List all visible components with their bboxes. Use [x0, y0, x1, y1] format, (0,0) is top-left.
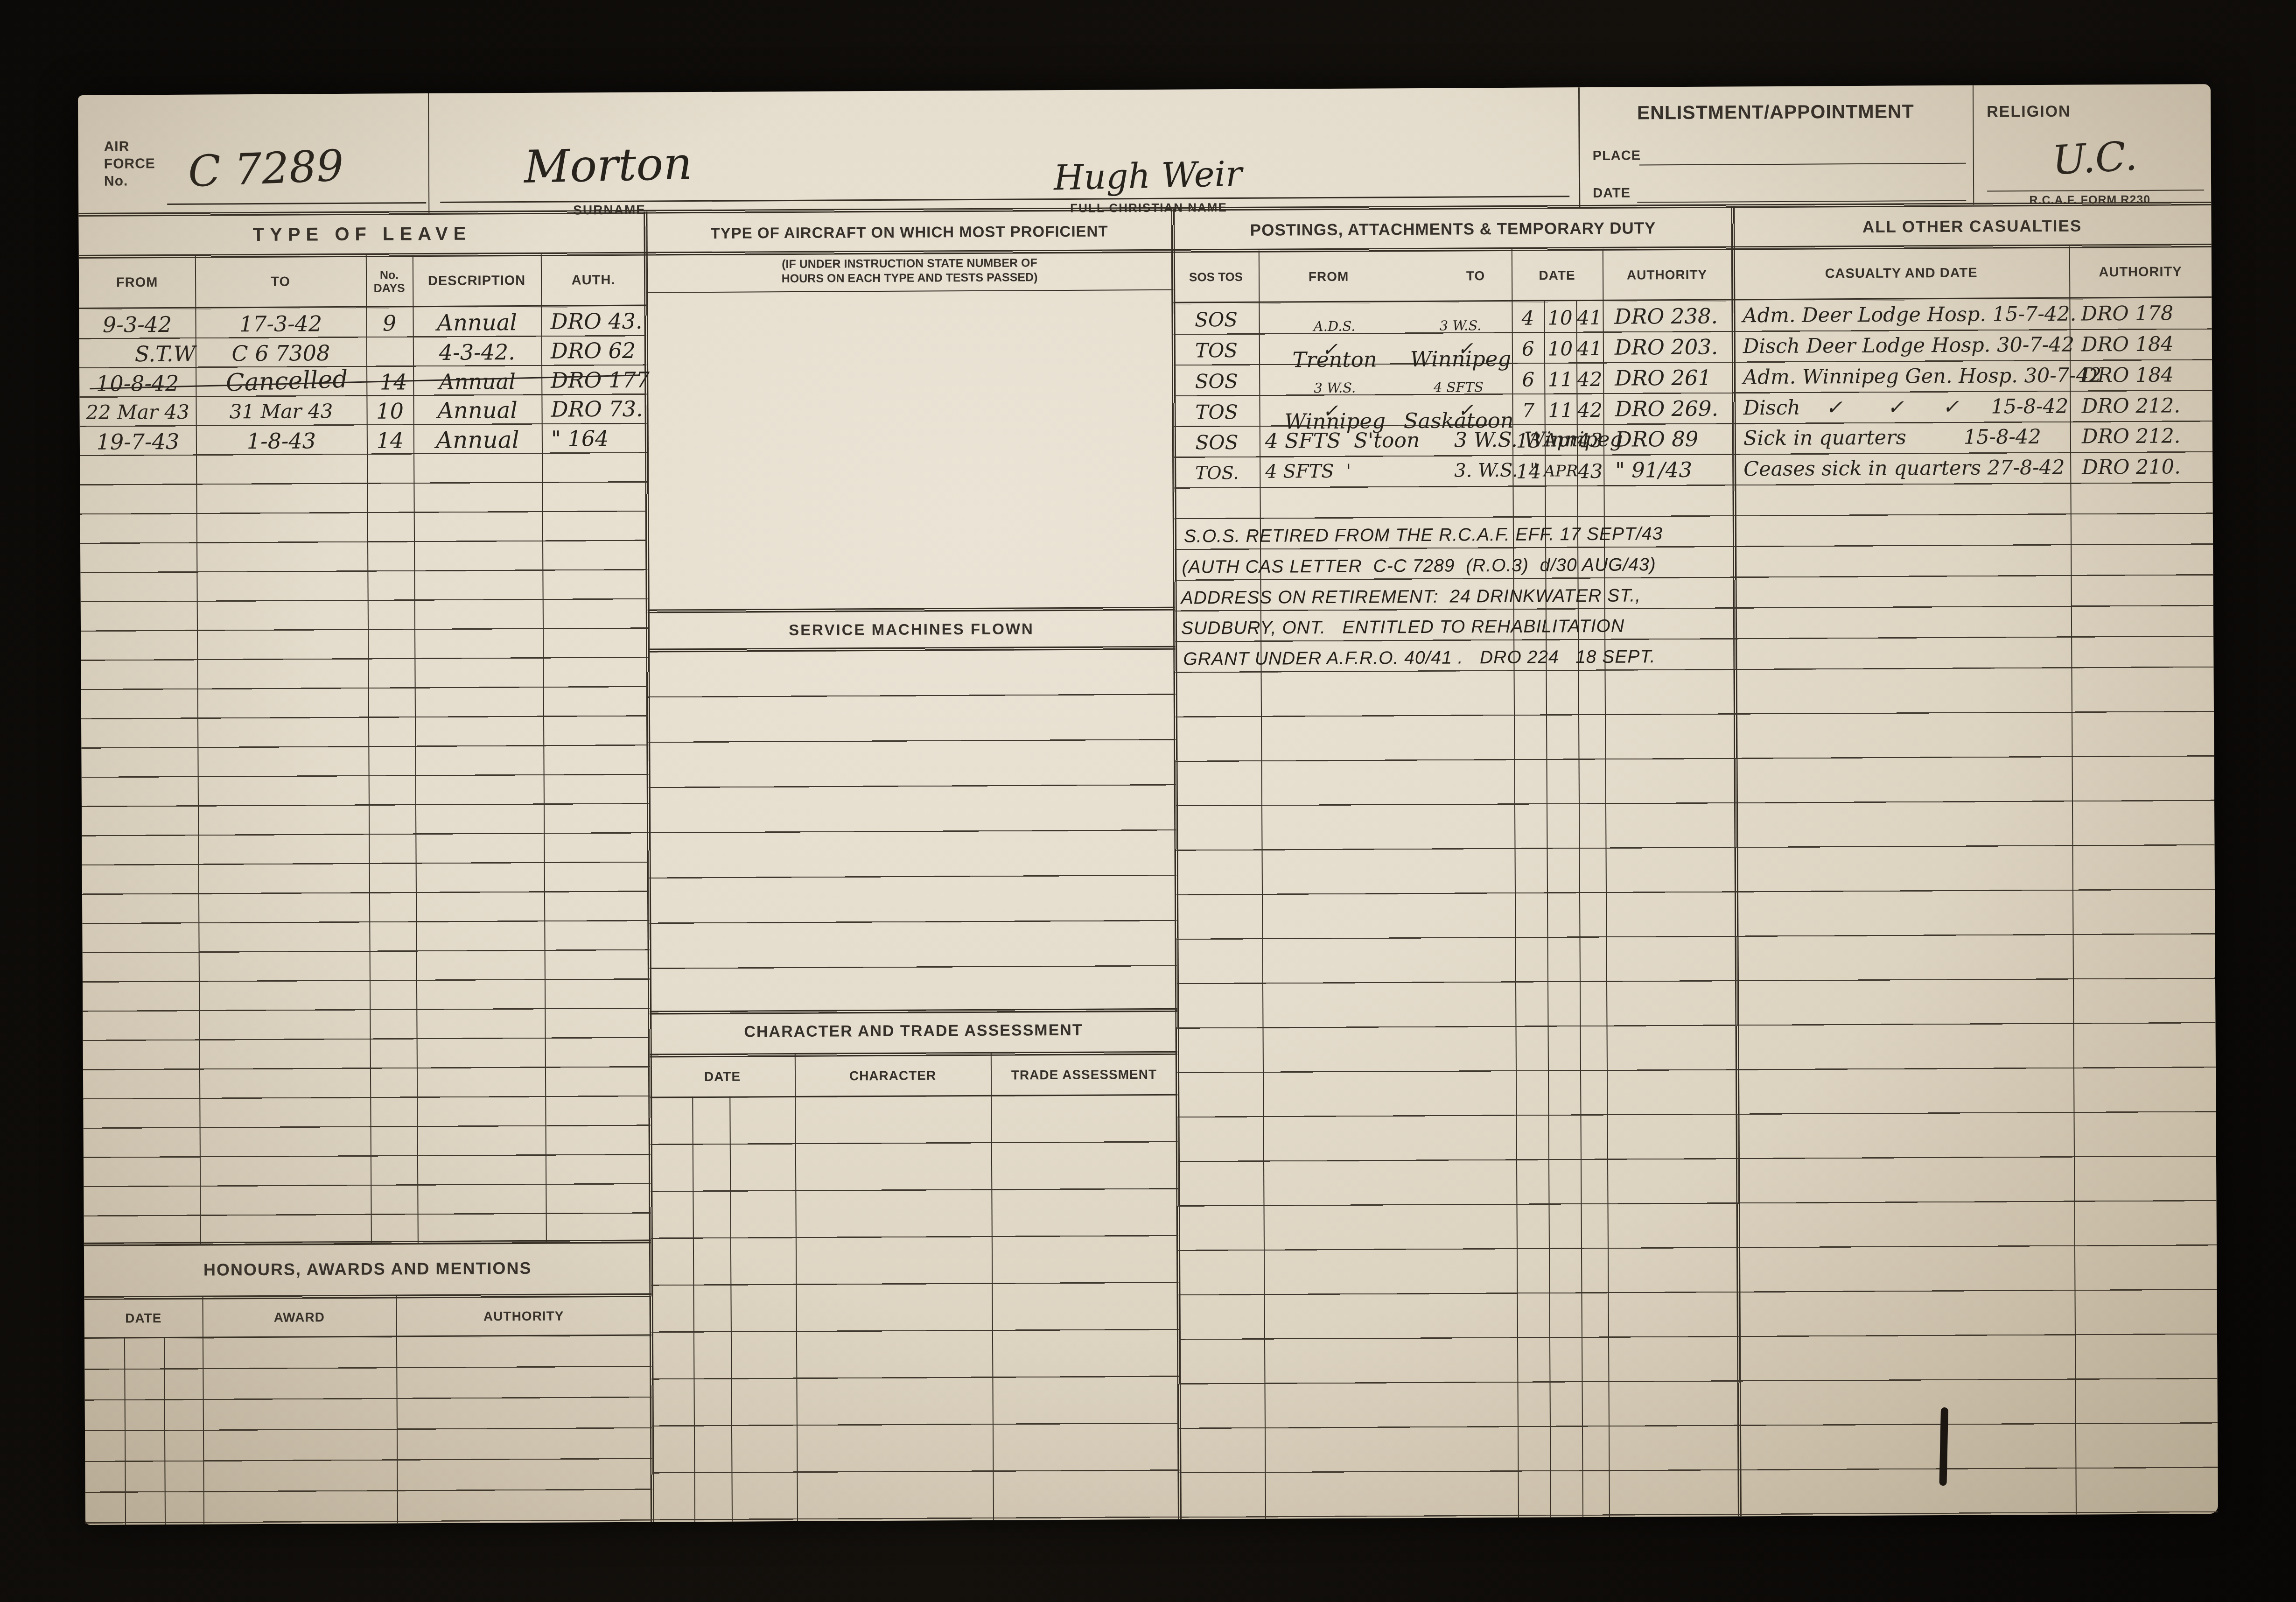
header-divider	[1973, 85, 1974, 205]
casualty-entry: Disch ✓ ✓ ✓ 15-8-42	[1743, 392, 2068, 425]
machines-row-rules	[648, 650, 1177, 1014]
postings-col-sos: SOS TOS	[1173, 253, 1259, 302]
aircraft-subtitle: (IF UNDER INSTRUCTION STATE NUMBER OF HO…	[646, 254, 1173, 288]
casualty-auth: DRO 184	[2081, 330, 2174, 361]
leave-cell-to: 17-3-42	[195, 309, 366, 339]
postings-cell-from: 4 SFTS '	[1265, 457, 1351, 488]
postings-col-date: DATE	[1512, 251, 1603, 300]
casualty-entry: Ceases sick in quarters 27-8-42	[1743, 453, 2065, 486]
postings-cell-year: 43	[1577, 425, 1603, 456]
leave-cell-description: Annual	[413, 366, 541, 396]
postings-cell-day: 6	[1512, 333, 1544, 364]
leave-cell-days: 10	[366, 396, 413, 426]
header-divider	[428, 93, 429, 213]
postings-cell-sos: TOS	[1174, 396, 1259, 428]
leave-cell-to: 1-8-43	[196, 426, 367, 456]
casualty-entry: Disch Deer Lodge Hosp. 30-7-42	[1743, 330, 2074, 363]
postings-cell-year: 41	[1576, 333, 1603, 364]
leave-cell-from: 19-7-43	[80, 427, 196, 457]
postings-cell-year: 41	[1576, 302, 1603, 333]
religion-underline	[1987, 190, 2204, 191]
postings-cell-day: 4	[1512, 302, 1544, 333]
postings-cell-sos: SOS	[1174, 427, 1260, 458]
postings-cell-month: Apr	[1545, 425, 1577, 456]
postings-cell-to: ✓	[1428, 395, 1503, 426]
retirement-note-line: GRANT UNDER A.F.R.O. 40/41 . DRO 224 18 …	[1183, 643, 1655, 676]
leave-col-auth: AUTH.	[541, 256, 646, 305]
postings-cell-from: ✓	[1293, 396, 1367, 427]
rcaf-form-r230-card: AIR FORCE No. C 7289 Morton SURNAME Hugh…	[78, 84, 2218, 1525]
unit-label: 3 W.S.	[1267, 381, 1402, 394]
retirement-note-line: (AUTH CAS LETTER C-C 7289 (R.O.3) d/30 A…	[1182, 551, 1656, 584]
leave-section-title: TYPE OF LEAVE	[78, 217, 645, 252]
casualty-auth: DRO 210.	[2082, 452, 2181, 484]
service-number-value: C 7289	[187, 141, 345, 197]
machines-title: SERVICE MACHINES FLOWN	[648, 611, 1175, 649]
postings-cell-month: 11	[1544, 394, 1576, 425]
casualty-auth: DRO 178	[2081, 299, 2173, 330]
postings-cell-auth: DRO 269.	[1615, 394, 1718, 425]
aircraft-subtitle-line: (IF UNDER INSTRUCTION STATE NUMBER OF	[782, 256, 1037, 272]
surname-value: Morton	[524, 137, 693, 193]
postings-cell-sos: TOS.	[1174, 457, 1260, 489]
assessment-row-rules	[650, 1096, 1180, 1521]
casualties-section-title: ALL OTHER CASUALTIES	[1733, 210, 2211, 243]
air-force-no-label: AIR FORCE No.	[104, 138, 155, 190]
postings-cell-year: 42	[1576, 394, 1603, 425]
postings-cell-day: 7	[1512, 395, 1544, 426]
assessment-col-character: CHARACTER	[795, 1055, 991, 1096]
leave-cell-description: 4-3-42.	[413, 337, 541, 367]
postings-cell-month: APR	[1545, 456, 1577, 486]
postings-cell-auth: DRO 203.	[1615, 332, 1718, 364]
honours-col-award: AWARD	[203, 1298, 396, 1336]
leave-col-from: FROM	[79, 258, 196, 308]
date-underline	[1637, 200, 1966, 203]
postings-cell-from: ✓	[1293, 334, 1367, 365]
place-label: PLACE	[1593, 148, 1641, 164]
unit-label: 3 W.S.	[1400, 319, 1521, 332]
leave-cell-from: 22 Mar 43	[79, 397, 196, 427]
name-underline	[440, 196, 1569, 203]
casualties-col-casualty: CASUALTY AND DATE	[1733, 248, 2070, 299]
leave-col-days-line: DAYS	[374, 281, 405, 295]
leave-cell-auth: DRO 177	[551, 366, 650, 396]
leave-col-to: TO	[195, 257, 366, 307]
postings-col-from: FROM	[1259, 252, 1399, 302]
leave-cell-to: C 6 7308	[196, 338, 366, 368]
leave-cell-from: 10-8-42	[79, 368, 196, 398]
leave-col-description: DESCRIPTION	[413, 256, 541, 306]
casualties-col-auth: AUTHORITY	[2069, 247, 2212, 297]
leave-cell-description: Annual	[413, 425, 542, 455]
aircraft-subtitle-line: HOURS ON EACH TYPE AND TESTS PASSED)	[782, 270, 1038, 286]
leave-cell-auth: DRO 62	[551, 337, 636, 366]
postings-cell-from: 4 SFTS S'toon	[1265, 426, 1420, 457]
postings-cell-month: 11	[1544, 364, 1576, 394]
postings-cell-day: 6	[1512, 364, 1544, 395]
leave-cell-description: Annual	[413, 395, 541, 425]
assessment-col-date: DATE	[650, 1056, 795, 1097]
leave-col-days-line: No.	[380, 268, 399, 281]
leave-cell-days: 9	[366, 308, 413, 338]
honours-col-auth: AUTHORITY	[396, 1297, 651, 1336]
leave-cell-from: S.T.W	[79, 339, 199, 369]
leave-cell-auth: " 164	[551, 424, 609, 454]
casualty-auth: DRO 212.	[2081, 391, 2180, 422]
postings-cell-auth: DRO 89	[1615, 424, 1699, 456]
leave-cell-from: 9-3-42	[79, 309, 195, 339]
leave-col-days: No. DAYS	[366, 257, 413, 306]
air-label-line: No.	[104, 172, 155, 190]
scanned-record-card-page: AIR FORCE No. C 7289 Morton SURNAME Hugh…	[0, 0, 2296, 1602]
postings-cell-month: 10	[1544, 302, 1576, 333]
enlistment-title: ENLISTMENT/APPOINTMENT	[1578, 99, 1973, 125]
postings-cell-sos: SOS	[1173, 304, 1259, 335]
casualty-entry: Adm. Winnipeg Gen. Hosp. 30-7-42	[1743, 361, 2102, 393]
postings-cell-day: 14	[1512, 456, 1545, 487]
leave-cell-auth: DRO 43.	[550, 307, 642, 337]
honours-row-rules	[84, 1336, 652, 1524]
air-label-line: AIR	[104, 138, 155, 155]
air-label-line: FORCE	[104, 155, 155, 173]
christian-name-value: Hugh Weir	[1053, 154, 1242, 198]
postings-cell-year: 42	[1576, 364, 1603, 394]
casualty-auth: DRO 184	[2081, 360, 2174, 392]
unit-label: 4 SFTS	[1393, 381, 1524, 393]
aircraft-subtitle-rule	[646, 289, 1173, 293]
retirement-note-line: ADDRESS ON RETIREMENT: 24 DRINKWATER ST.…	[1181, 582, 1641, 615]
leave-cell-description: Annual	[413, 308, 541, 337]
postings-cell-sos: TOS	[1174, 335, 1259, 366]
postings-cell-auth: " 91/43	[1615, 455, 1692, 486]
casualty-auth: DRO 212.	[2082, 422, 2181, 453]
unit-label: A.D.S.	[1267, 320, 1402, 333]
retirement-note-line: S.O.S. RETIRED FROM THE R.C.A.F. EFF. 17…	[1184, 520, 1663, 554]
postings-col-auth: AUTHORITY	[1603, 250, 1732, 299]
retirement-note-line: SUDBURY, ONT. ENTITLED TO REHABILITATION	[1181, 613, 1624, 646]
leave-cell-days: 14	[367, 425, 413, 455]
postings-cell-auth: DRO 261	[1615, 363, 1711, 394]
postings-cell-auth: DRO 238.	[1614, 302, 1718, 333]
postings-cell-month: 10	[1544, 333, 1576, 364]
casualty-entry: Sick in quarters 15-8-42	[1743, 422, 2041, 455]
date-label: DATE	[1593, 186, 1631, 201]
postings-cell-sos: SOS	[1174, 365, 1259, 397]
casualty-entry: Adm. Deer Lodge Hosp. 15-7-42.	[1743, 300, 2076, 332]
religion-label: RELIGION	[1987, 103, 2071, 121]
assessment-title: CHARACTER AND TRADE ASSESSMENT	[650, 1012, 1177, 1050]
assessment-col-trade: TRADE ASSESSMENT	[991, 1054, 1177, 1095]
postings-cell-year: 43	[1577, 456, 1603, 486]
postings-cell-day: 13	[1512, 425, 1545, 456]
service-number-underline	[167, 202, 426, 205]
leave-cell-auth: DRO 73.	[551, 395, 643, 425]
postings-cell-to: ✓	[1428, 333, 1503, 365]
honours-col-date: DATE	[84, 1299, 203, 1337]
postings-section-title: POSTINGS, ATTACHMENTS & TEMPORARY DUTY	[1173, 212, 1733, 246]
honours-title: HONOURS, AWARDS AND MENTIONS	[84, 1244, 651, 1294]
leave-cell-to: 31 Mar 43	[196, 396, 366, 427]
place-underline	[1639, 163, 1966, 166]
religion-value: U.C.	[2051, 133, 2138, 184]
lower-row-rules	[1176, 667, 2218, 1518]
aircraft-section-title: TYPE OF AIRCRAFT ON WHICH MOST PROFICIEN…	[645, 216, 1173, 249]
